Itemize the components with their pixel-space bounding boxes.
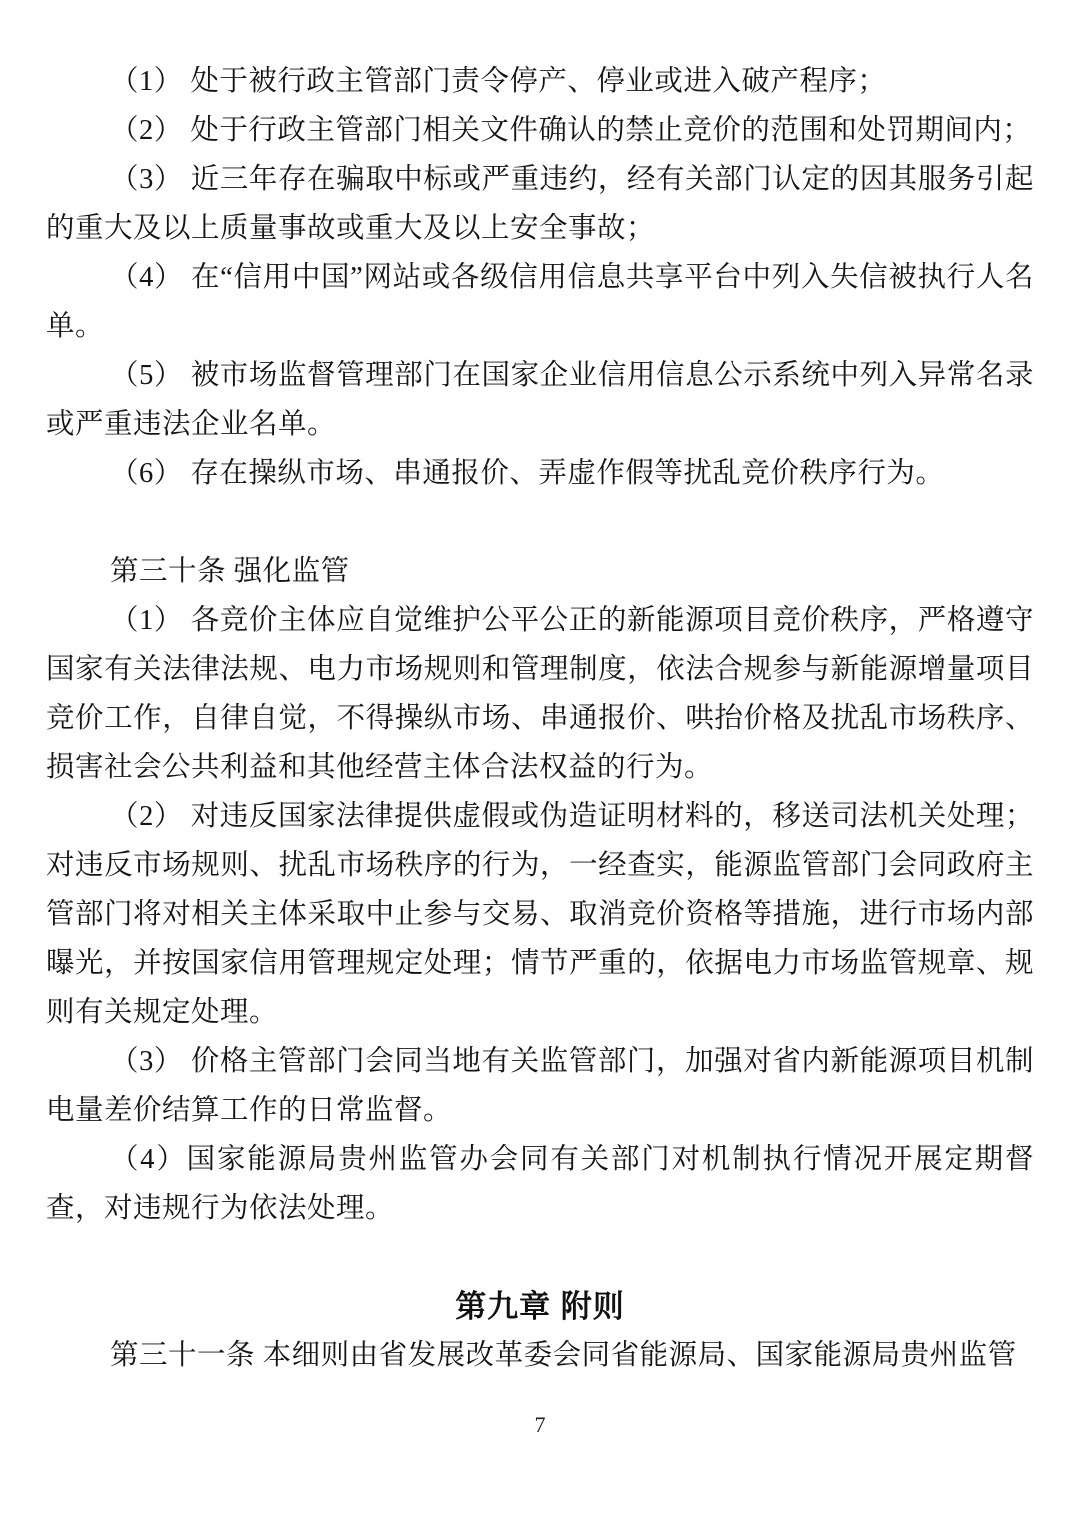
exclusion-item-1: （1） 处于被行政主管部门责令停产、停业或进入破产程序； <box>46 57 1034 106</box>
article-30-item-4: （4）国家能源局贵州监管办会同有关部门对机制执行情况开展定期督查，对违规行为依法… <box>46 1135 1034 1233</box>
exclusion-item-5: （5） 被市场监督管理部门在国家企业信用信息公示系统中列入异常名录或严重违法企业… <box>46 351 1034 449</box>
article-30-heading: 第三十条 强化监管 <box>46 547 1034 596</box>
blank-line <box>46 498 1034 547</box>
exclusion-item-6: （6） 存在操纵市场、串通报价、弄虚作假等扰乱竞价秩序行为。 <box>46 449 1034 498</box>
exclusion-item-2: （2） 处于行政主管部门相关文件确认的禁止竞价的范围和处罚期间内； <box>46 106 1034 155</box>
blank-line <box>46 1233 1034 1282</box>
article-30-item-3: （3） 价格主管部门会同当地有关监管部门，加强对省内新能源项目机制电量差价结算工… <box>46 1037 1034 1135</box>
exclusion-item-3: （3） 近三年存在骗取中标或严重违约，经有关部门认定的因其服务引起的重大及以上质… <box>46 155 1034 253</box>
document-body: （1） 处于被行政主管部门责令停产、停业或进入破产程序； （2） 处于行政主管部… <box>46 57 1034 1380</box>
page-number: 7 <box>0 1410 1080 1440</box>
exclusion-item-4: （4） 在“信用中国”网站或各级信用信息共享平台中列入失信被执行人名单。 <box>46 253 1034 351</box>
article-30-item-1: （1） 各竞价主体应自觉维护公平公正的新能源项目竞价秩序，严格遵守国家有关法律法… <box>46 596 1034 792</box>
article-30-item-2: （2） 对违反国家法律提供虚假或伪造证明材料的，移送司法机关处理；对违反市场规则… <box>46 792 1034 1037</box>
article-31-paragraph: 第三十一条 本细则由省发展改革委会同省能源局、国家能源局贵州监管 <box>46 1331 1034 1380</box>
document-page: （1） 处于被行政主管部门责令停产、停业或进入破产程序； （2） 处于行政主管部… <box>0 0 1080 1527</box>
chapter-9-heading: 第九章 附则 <box>46 1282 1034 1331</box>
